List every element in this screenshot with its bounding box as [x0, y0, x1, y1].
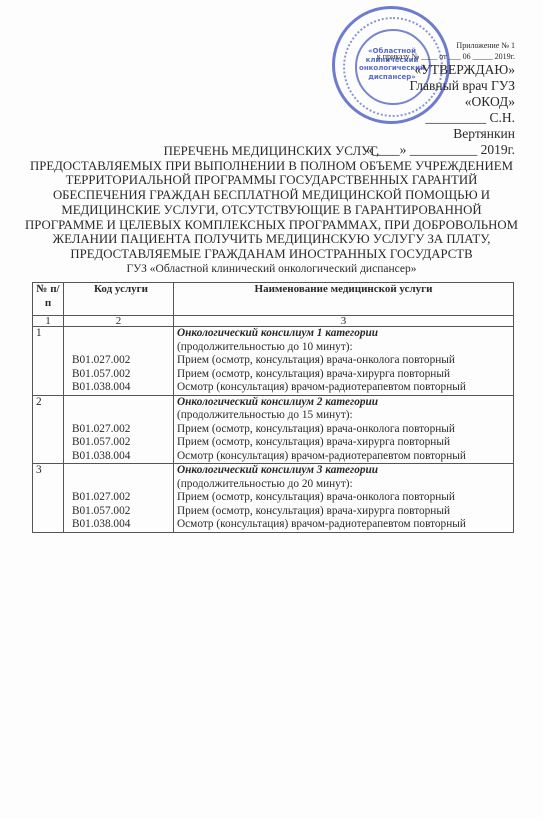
- title-line: ТЕРРИТОРИАЛЬНОЙ ПРОГРАММЫ ГОСУДАРСТВЕННЫ…: [20, 173, 523, 188]
- title-line: ЖЕЛАНИИ ПАЦИЕНТА ПОЛУЧИТЬ МЕДИЦИНСКУЮ УС…: [20, 232, 523, 247]
- group-duration: (продолжительностью до 10 минут):: [177, 341, 510, 355]
- service-code: B01.057.002: [72, 436, 170, 450]
- service-code: B01.038.004: [72, 450, 170, 464]
- row-services: Онкологический консилиум 1 категории(про…: [174, 327, 514, 396]
- index-col-1: 1: [33, 316, 64, 327]
- title-line: ПРОГРАММЕ И ЦЕЛЕВЫХ КОМПЛЕКСНЫХ ПРОГРАММ…: [20, 218, 523, 233]
- service-code: B01.027.002: [72, 354, 170, 368]
- organization-name: ГУЗ «Областной клинический онкологически…: [20, 262, 523, 277]
- row-services: Онкологический консилиум 3 категории(про…: [174, 464, 514, 533]
- service-code: B01.027.002: [72, 491, 170, 505]
- group-title: Онкологический консилиум 1 категории: [177, 327, 510, 341]
- row-number: 2: [33, 395, 64, 464]
- header-service-name: Наименование медицинской услуги: [174, 283, 514, 316]
- position-label: Главный врач ГУЗ «ОКОД»: [365, 78, 515, 110]
- service-name: Прием (осмотр, консультация) врача-онкол…: [177, 491, 510, 505]
- group-duration: (продолжительностью до 15 минут):: [177, 409, 510, 423]
- service-code: B01.057.002: [72, 505, 170, 519]
- signature-line: _________ С.Н. Вертянкин: [365, 110, 515, 142]
- service-name: Прием (осмотр, консультация) врача-хирур…: [177, 505, 510, 519]
- services-table: № п/п Код услуги Наименование медицинско…: [32, 282, 514, 533]
- table-row: 3B01.027.002B01.057.002B01.038.004Онколо…: [33, 464, 514, 533]
- order-line: к приказу № ____ от ___ 06 _____ 2019г.: [365, 51, 515, 62]
- row-number: 3: [33, 464, 64, 533]
- index-col-2: 2: [64, 316, 174, 327]
- table-row: 2B01.027.002B01.057.002B01.038.004Онколо…: [33, 395, 514, 464]
- table-header-row: № п/п Код услуги Наименование медицинско…: [33, 283, 514, 316]
- row-codes: B01.027.002B01.057.002B01.038.004: [64, 327, 174, 396]
- service-code: B01.027.002: [72, 423, 170, 437]
- group-title: Онкологический консилиум 2 категории: [177, 396, 510, 410]
- appendix-label: Приложение № 1: [365, 40, 515, 51]
- service-code: B01.057.002: [72, 368, 170, 382]
- title-line: ПЕРЕЧЕНЬ МЕДИЦИНСКИХ УСЛУГ,: [20, 144, 523, 159]
- service-name: Прием (осмотр, консультация) врача-хирур…: [177, 368, 510, 382]
- title-line: МЕДИЦИНСКИЕ УСЛУГИ, ОТСУТСТВУЮЩИЕ В ГАРА…: [20, 203, 523, 218]
- service-name: Осмотр (консультация) врачом-радиотерапе…: [177, 450, 510, 464]
- approve-label: «УТВЕРЖДАЮ»: [365, 62, 515, 78]
- title-line: ПРЕДОСТАВЛЯЕМЫХ ПРИ ВЫПОЛНЕНИИ В ПОЛНОМ …: [20, 159, 523, 174]
- table-row: 1B01.027.002B01.057.002B01.038.004Онколо…: [33, 327, 514, 396]
- row-services: Онкологический консилиум 2 категории(про…: [174, 395, 514, 464]
- service-code: B01.038.004: [72, 381, 170, 395]
- group-title: Онкологический консилиум 3 категории: [177, 464, 510, 478]
- service-name: Прием (осмотр, консультация) врача-онкол…: [177, 423, 510, 437]
- title-line: ОБЕСПЕЧЕНИЯ ГРАЖДАН БЕСПЛАТНОЙ МЕДИЦИНСК…: [20, 188, 523, 203]
- service-name: Осмотр (консультация) врачом-радиотерапе…: [177, 518, 510, 532]
- row-codes: B01.027.002B01.057.002B01.038.004: [64, 464, 174, 533]
- service-name: Прием (осмотр, консультация) врача-онкол…: [177, 354, 510, 368]
- header-code: Код услуги: [64, 283, 174, 316]
- table-index-row: 1 2 3: [33, 316, 514, 327]
- group-duration: (продолжительностью до 20 минут):: [177, 478, 510, 492]
- service-name: Прием (осмотр, консультация) врача-хирур…: [177, 436, 510, 450]
- service-code: B01.038.004: [72, 518, 170, 532]
- service-name: Осмотр (консультация) врачом-радиотерапе…: [177, 381, 510, 395]
- document-title: ПЕРЕЧЕНЬ МЕДИЦИНСКИХ УСЛУГ,ПРЕДОСТАВЛЯЕМ…: [20, 144, 523, 276]
- index-col-3: 3: [174, 316, 514, 327]
- row-codes: B01.027.002B01.057.002B01.038.004: [64, 395, 174, 464]
- approval-block: Приложение № 1 к приказу № ____ от ___ 0…: [365, 40, 515, 158]
- row-number: 1: [33, 327, 64, 396]
- header-number: № п/п: [33, 283, 64, 316]
- title-lines: ПЕРЕЧЕНЬ МЕДИЦИНСКИХ УСЛУГ,ПРЕДОСТАВЛЯЕМ…: [20, 144, 523, 262]
- title-line: ПРЕДОСТАВЛЯЕМЫЕ ГРАЖДАНАМ ИНОСТРАННЫХ ГО…: [20, 247, 523, 262]
- table-body: 1B01.027.002B01.057.002B01.038.004Онколо…: [33, 327, 514, 533]
